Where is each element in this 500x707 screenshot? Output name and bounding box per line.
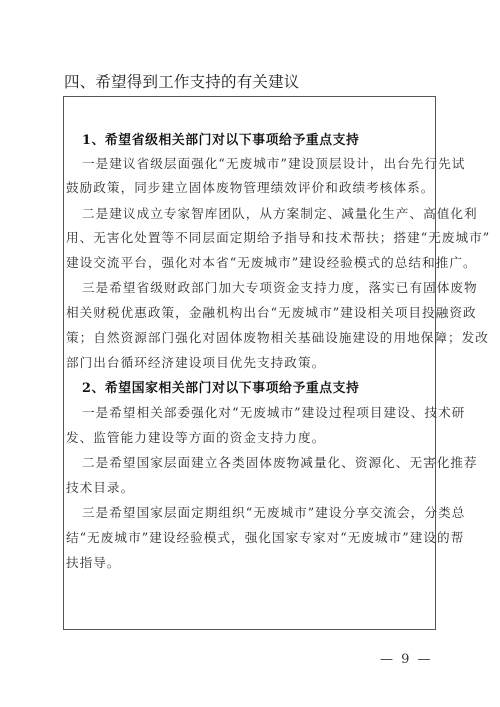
- paragraph-line: 相关财税优惠政策，金融机构出台“无废城市”建设相关项目投融资政: [66, 302, 477, 321]
- paragraph-line: 二是建议成立专家智库团队，从方案制定、减量化生产、高值化利: [82, 203, 478, 222]
- section-title: 四、希望得到工作支持的有关建议: [64, 70, 300, 92]
- paragraph-line: 一是希望相关部委强化对“无废城市”建设过程项目建设、技术研: [82, 402, 465, 421]
- paragraph-line: 技术目录。: [66, 477, 134, 496]
- paragraph-line: 二是希望国家层面建立各类固体废物减量化、资源化、无害化推荐: [82, 452, 478, 471]
- heading-provincial: 1、希望省级相关部门对以下事项给予重点支持: [82, 129, 359, 148]
- paragraph-line: 用、无害化处置等不同层面定期给予指导和技术帮扶；搭建“无废城市”: [66, 227, 490, 246]
- paragraph-line: 三是希望国家层面定期组织“无废城市”建设分享交流会，分类总: [82, 502, 465, 521]
- paragraph-line: 一是建议省级层面强化“无废城市”建设顶层设计，出台先行先试: [82, 153, 465, 172]
- paragraph-line: 三是希望省级财政部门加大专项资金支持力度，落实已有固体废物: [82, 277, 478, 296]
- paragraph-line: 结“无废城市”建设经验模式，强化国家专家对“无废城市”建设的帮: [66, 527, 464, 546]
- paragraph-line: 建设交流平台，强化对本省“无废城市”建设经验模式的总结和推广。: [66, 252, 477, 271]
- suggestions-box: 1、希望省级相关部门对以下事项给予重点支持 一是建议省级层面强化“无废城市”建设…: [63, 96, 436, 630]
- paragraph-line: 策；自然资源部门强化对固体废物相关基础设施建设的用地保障；发改: [66, 327, 489, 346]
- heading-national: 2、希望国家相关部门对以下事项给予重点支持: [82, 377, 359, 396]
- page-number: — 9 —: [380, 652, 433, 667]
- paragraph-line: 发、监管能力建设等方面的资金支持力度。: [66, 427, 325, 446]
- paragraph-line: 扶指导。: [66, 552, 121, 571]
- paragraph-line: 鼓励政策，同步建立固体废物管理绩效评价和政绩考核体系。: [66, 177, 434, 196]
- paragraph-line: 部门出台循环经济建设项目优先支持政策。: [66, 352, 325, 371]
